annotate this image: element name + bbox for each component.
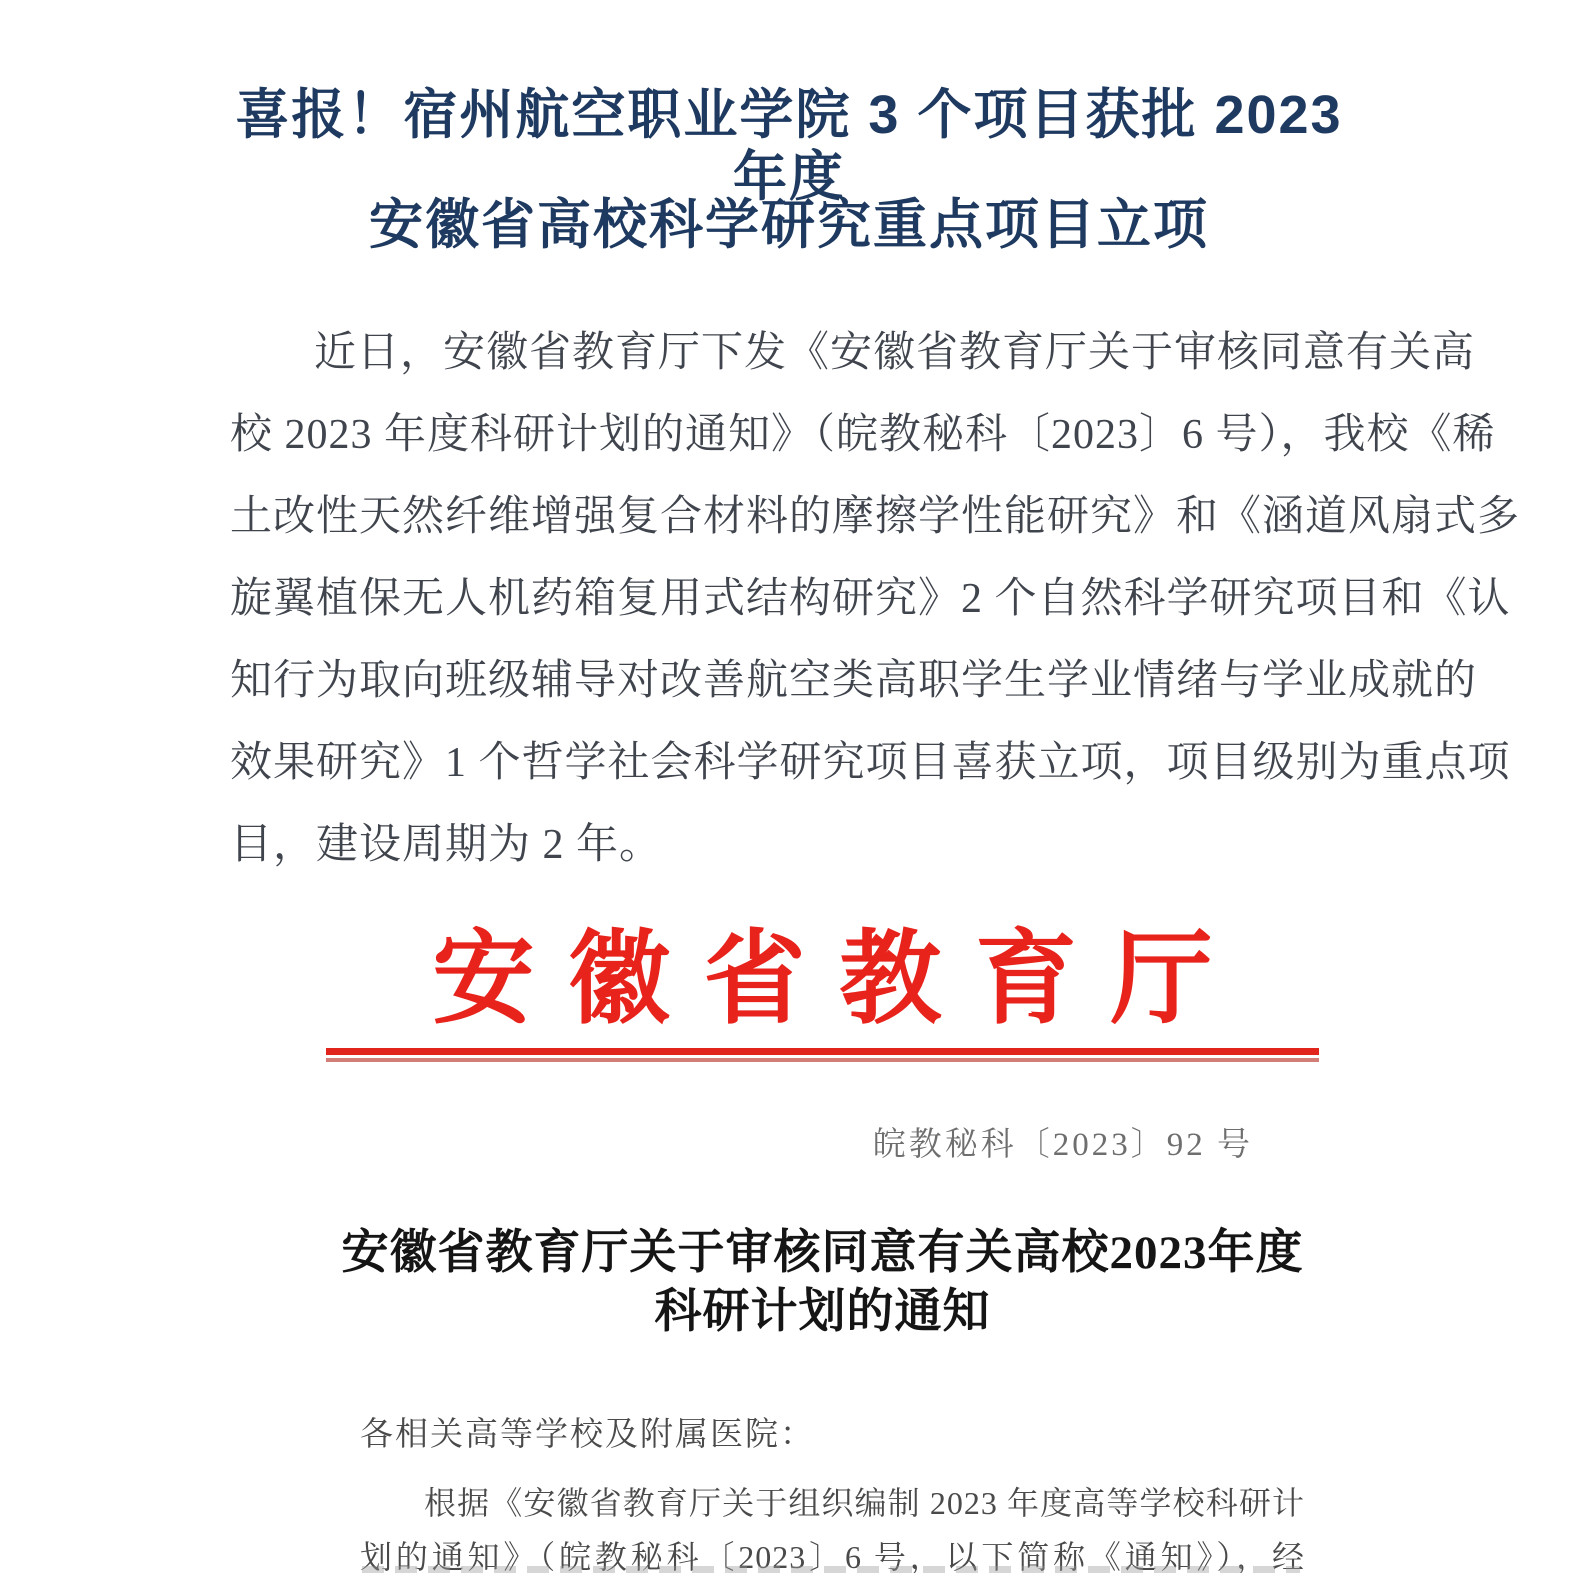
article-body: 近日，安徽省教育厅下发《安徽省教育厅关于审核同意有关高 校 2023 年度科研计… [230, 312, 1348, 886]
article-body-line: 旋翼植保无人机药箱复用式结构研究》2 个自然科学研究项目和《认 [230, 558, 1348, 640]
article-title: 喜报！宿州航空职业学院 3 个项目获批 2023 年度 安徽省高校科学研究重点项… [230, 84, 1348, 256]
cutoff-text-line [362, 1566, 1300, 1573]
official-doc-title-line-1: 安徽省教育厅关于审核同意有关高校2023年度 [326, 1224, 1319, 1283]
document-number: 皖教秘科〔2023〕92 号 [326, 1118, 1319, 1165]
article-body-line: 土改性天然纤维增强复合材料的摩擦学性能研究》和《涵道风扇式多 [230, 476, 1348, 558]
agency-letterhead: 安徽省教育厅 [326, 922, 1319, 1040]
letterhead-divider [326, 1048, 1319, 1062]
article-body-line: 近日，安徽省教育厅下发《安徽省教育厅关于审核同意有关高 [230, 312, 1348, 394]
document-page: 喜报！宿州航空职业学院 3 个项目获批 2023 年度 安徽省高校科学研究重点项… [0, 0, 1573, 1573]
article-body-line: 效果研究》1 个哲学社会科学研究项目喜获立项，项目级别为重点项 [230, 722, 1348, 804]
letterhead-rule-thin [326, 1058, 1319, 1062]
article-body-line: 知行为取向班级辅导对改善航空类高职学生学业情绪与学业成就的 [230, 640, 1348, 722]
letterhead-rule-thick [326, 1048, 1319, 1055]
article-title-line-2: 安徽省高校科学研究重点项目立项 [230, 194, 1348, 256]
article-body-line: 校 2023 年度科研计划的通知》（皖教秘科〔2023〕6 号），我校《稀 [230, 394, 1348, 476]
article-title-line-1: 喜报！宿州航空职业学院 3 个项目获批 2023 年度 [230, 84, 1348, 146]
doc-salutation: 各相关高等学校及附属医院： [360, 1408, 1305, 1455]
article-body-line: 目，建设周期为 2 年。 [230, 804, 1348, 886]
official-doc-title-line-2: 科研计划的通知 [326, 1283, 1319, 1342]
doc-body-line: 根据《安徽省教育厅关于组织编制 2023 年度高等学校科研计 [360, 1478, 1305, 1524]
official-doc-title: 安徽省教育厅关于审核同意有关高校2023年度 科研计划的通知 [326, 1224, 1319, 1342]
